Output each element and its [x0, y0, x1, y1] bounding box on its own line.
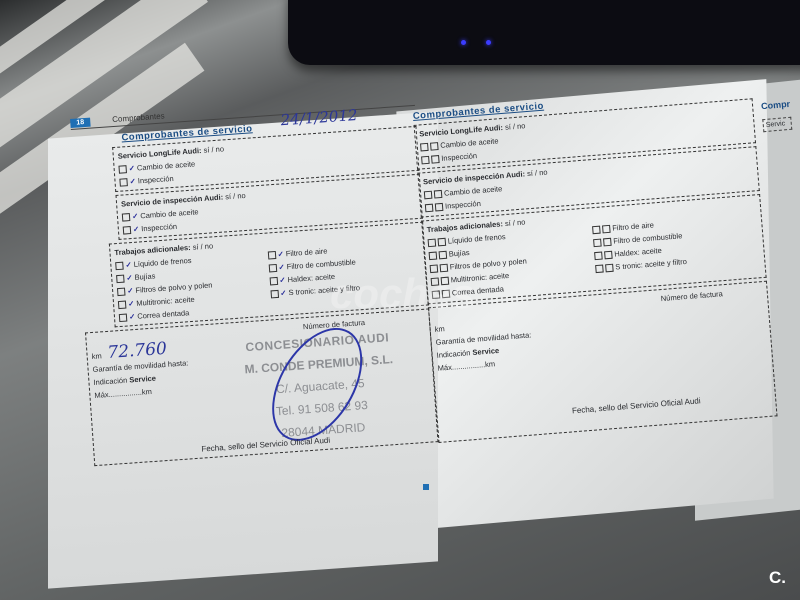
checkbox[interactable]: [119, 314, 128, 323]
check-mark-icon: ✓: [132, 211, 139, 220]
item-label: Inspección: [138, 174, 174, 185]
indicacion-label: Indicación: [93, 376, 127, 387]
status-led-icon: [486, 40, 491, 45]
indicacion-label: Indicación: [436, 348, 470, 360]
item-label: Correa dentada: [137, 308, 190, 321]
check-mark-icon: ✓: [278, 262, 285, 271]
yesno: sí / no: [505, 121, 526, 132]
checkbox[interactable]: [119, 178, 128, 187]
checkbox[interactable]: [430, 142, 439, 151]
item-label: Cambio de aceite: [440, 136, 499, 150]
check-mark-icon: ✓: [128, 164, 135, 173]
checkbox[interactable]: [594, 252, 603, 261]
check-mark-icon: ✓: [125, 260, 132, 269]
checkbox[interactable]: [122, 213, 131, 222]
checkbox[interactable]: [431, 155, 440, 164]
footer-box: Número de factura km Garantía de movilid…: [428, 281, 778, 443]
yesno: sí / no: [225, 191, 246, 201]
checkbox[interactable]: [435, 203, 444, 212]
item-label: Líquido de frenos: [447, 232, 505, 246]
watermark: coches: [330, 270, 475, 318]
check-mark-icon: ✓: [277, 249, 284, 258]
power-led-icon: [461, 40, 466, 45]
col2: Filtro de aire Filtro de combustible Hal…: [592, 210, 762, 288]
checkbox[interactable]: [604, 251, 613, 260]
checkbox[interactable]: [428, 239, 437, 248]
item-label: Bujías: [448, 248, 470, 259]
checkbox[interactable]: [268, 264, 277, 273]
far-title: Compr: [761, 99, 791, 111]
check-mark-icon: ✓: [129, 312, 136, 321]
checkbox[interactable]: [115, 262, 124, 271]
checkbox[interactable]: [595, 265, 604, 274]
checkbox[interactable]: [439, 251, 448, 260]
checkbox[interactable]: [605, 264, 614, 273]
checkbox[interactable]: [267, 251, 276, 260]
checkbox[interactable]: [421, 156, 430, 165]
km-label: km: [91, 351, 102, 361]
corner-logo: C.: [769, 568, 786, 588]
yesno: sí / no: [505, 217, 526, 228]
item-label: Cambio de aceite: [137, 159, 196, 172]
laptop: [288, 0, 800, 65]
checkbox[interactable]: [118, 165, 127, 174]
check-mark-icon: ✓: [128, 299, 135, 308]
checkbox[interactable]: [438, 238, 447, 247]
yesno: sí / no: [527, 168, 548, 179]
check-mark-icon: ✓: [127, 286, 134, 295]
sello-label: Fecha, sello del Servicio Oficial Audi: [497, 388, 775, 423]
inspeccion-heading: Servicio de inspección Audi:: [121, 193, 224, 209]
checkbox[interactable]: [429, 252, 438, 261]
footer-box: Número de factura km72.760 Garantía de m…: [85, 308, 439, 466]
item-label: Filtro de aire: [285, 246, 327, 258]
item-label: Bujías: [134, 271, 155, 281]
col1: ✓Líquido de frenos ✓Bujías ✓Filtros de p…: [115, 249, 272, 324]
checkbox[interactable]: [118, 301, 127, 310]
item-label: Cambio de aceite: [444, 184, 503, 198]
checkbox[interactable]: [592, 226, 601, 235]
check-mark-icon: ✓: [133, 224, 140, 233]
longlife-heading: Servicio LongLife Audi:: [117, 146, 201, 161]
check-mark-icon: ✓: [129, 177, 136, 186]
checkbox[interactable]: [425, 204, 434, 213]
check-mark-icon: ✓: [279, 275, 286, 284]
checkbox[interactable]: [269, 277, 278, 286]
checkbox[interactable]: [270, 290, 279, 299]
service-label: Service: [129, 374, 156, 385]
checkbox[interactable]: [420, 143, 429, 152]
item-label: Líquido de frenos: [133, 256, 191, 269]
page-number: 18: [70, 118, 90, 128]
far-page-content: Compr Servic: [761, 99, 793, 132]
checkbox[interactable]: [424, 191, 433, 200]
page-marker-icon: [423, 484, 429, 490]
checkbox[interactable]: [593, 239, 602, 248]
check-mark-icon: ✓: [280, 288, 287, 297]
checkbox[interactable]: [117, 288, 126, 297]
item-label: Cambio de aceite: [140, 207, 199, 220]
checkbox[interactable]: [602, 225, 611, 234]
checkbox[interactable]: [434, 190, 443, 199]
yesno: sí / no: [192, 241, 213, 251]
inspeccion-heading: Servicio de inspección Audi:: [423, 169, 526, 186]
item-label: Inspección: [441, 151, 477, 163]
item-label: S tronic: aceite y filtro: [615, 257, 687, 272]
checkbox[interactable]: [123, 226, 132, 235]
checkbox[interactable]: [603, 238, 612, 247]
yesno: sí / no: [203, 144, 224, 154]
checkbox[interactable]: [116, 275, 125, 284]
check-mark-icon: ✓: [126, 273, 133, 282]
service-label: Service: [472, 346, 499, 357]
right-page-content: Comprobantes de servicio Servicio LongLi…: [412, 78, 778, 446]
item-label: Inspección: [445, 199, 481, 211]
far-item: Servic: [762, 117, 792, 132]
item-label: Inspección: [141, 222, 177, 233]
